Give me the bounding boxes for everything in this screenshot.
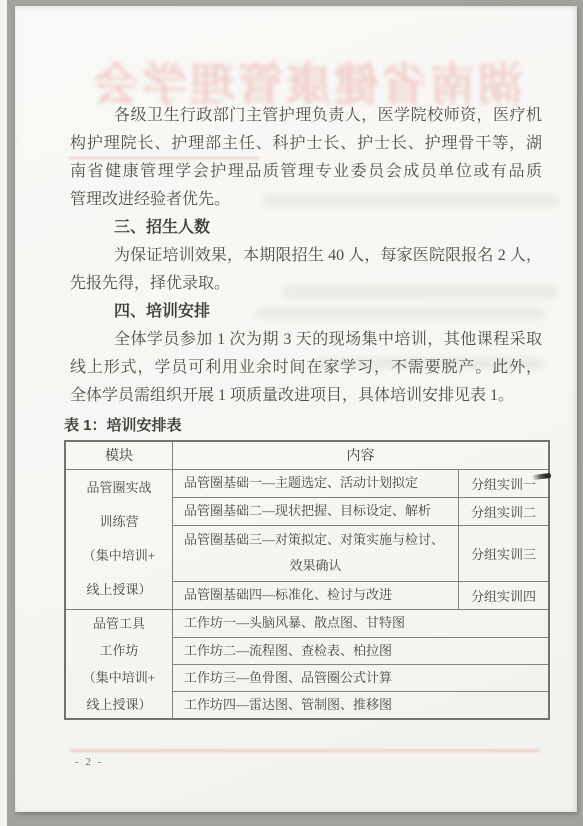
scan-edge-strip: [0, 0, 7, 826]
section-4-line: 线上形式，学员可利用业余时间在家学习，不需要脱产。此外，: [64, 354, 550, 382]
content-text: 品管圈基础四—标准化、检讨与改进: [173, 582, 458, 608]
section-3-line: 为保证培训效果，本期限招生 40 人，每家医院限报名 2 人，: [64, 242, 550, 270]
content-text: 品管圈基础一—主题选定、活动计划拟定: [173, 470, 458, 496]
section-3-paragraph: 为保证培训效果，本期限招生 40 人，每家医院限报名 2 人， 先报先得，择优录…: [64, 242, 550, 298]
content-text: 工作坊四—雷达图、管制图、推移图: [173, 692, 548, 718]
content-text: 工作坊一—头脑风暴、散点图、甘特图: [173, 610, 548, 636]
module-name-line: （集中培训+: [66, 539, 172, 573]
content-text: 效果确认: [173, 553, 458, 579]
table-header-module: 模块: [65, 441, 172, 469]
section-4-paragraph: 全体学员参加 1 次为期 3 天的现场集中培训，其他课程采取 线上形式，学员可利…: [64, 326, 550, 410]
content-cell: 工作坊一—头脑风暴、散点图、甘特图: [172, 609, 549, 637]
section-3-line: 先报先得，择优录取。: [64, 270, 550, 298]
training-schedule-table: 模块 内容 品管圈实战 训练营 （集中培训+ 线上授课） 品管圈基础一—主题选定…: [64, 440, 550, 720]
intro-line: 各级卫生行政部门主管护理负责人，医学院校师资，医疗机: [64, 102, 550, 130]
intro-line: 南省健康管理学会护理品质管理专业委员会成员单位或有品质: [64, 158, 550, 186]
intro-line: 管理改进经验者优先。: [64, 186, 550, 214]
section-4-line: 全体学员参加 1 次为期 3 天的现场集中培训，其他课程采取: [64, 326, 550, 354]
practice-cell: 分组实训三: [459, 525, 549, 581]
table-caption: 表 1：培训安排表: [64, 412, 550, 438]
scanner-background: 湖南省健康管理学会 各级卫生行政部门主管护理负责人，医学院校师资，医疗机 构护理…: [0, 0, 583, 826]
module-name-line: （集中培训+: [66, 664, 172, 691]
content-cell: 工作坊三—鱼骨图、品管圈公式计算: [172, 664, 549, 691]
module-cell-qcc-camp: 品管圈实战 训练营 （集中培训+ 线上授课）: [65, 469, 172, 609]
module-name-line: 训练营: [66, 505, 172, 539]
bleed-through-line: [70, 749, 540, 752]
table-row: 品管圈实战 训练营 （集中培训+ 线上授课） 品管圈基础一—主题选定、活动计划拟…: [65, 469, 549, 497]
document-page: 湖南省健康管理学会 各级卫生行政部门主管护理负责人，医学院校师资，医疗机 构护理…: [15, 6, 577, 812]
practice-cell: 分组实训二: [459, 497, 549, 525]
section-4-heading: 四、培训安排: [64, 298, 550, 326]
content-text: 工作坊二—流程图、查检表、柏拉图: [173, 638, 548, 664]
content-cell: 品管圈基础四—标准化、检讨与改进: [172, 581, 458, 609]
table-row: 品管工具 工作坊 （集中培训+ 线上授课） 工作坊一—头脑风暴、散点图、甘特图: [65, 609, 549, 637]
module-cell-tools-workshop: 品管工具 工作坊 （集中培训+ 线上授课）: [65, 609, 172, 719]
practice-cell: 分组实训一: [459, 469, 549, 497]
module-name-line: 品管圈实战: [66, 471, 172, 505]
content-cell: 工作坊四—雷达图、管制图、推移图: [172, 691, 549, 719]
section-4-line: 全体学员需组织开展 1 项质量改进项目，具体培训安排见表 1。: [64, 382, 550, 410]
page-number: - 2 -: [75, 756, 103, 768]
content-cell: 品管圈基础三—对策拟定、对策实施与检讨、 效果确认: [172, 525, 458, 581]
content-cell: 品管圈基础一—主题选定、活动计划拟定: [172, 469, 458, 497]
module-name-line: 线上授课）: [66, 691, 172, 718]
module-name-line: 工作坊: [66, 637, 172, 664]
content-cell: 品管圈基础二—现状把握、目标设定、解析: [172, 497, 458, 525]
practice-cell: 分组实训四: [459, 581, 549, 609]
section-3-heading: 三、招生人数: [64, 214, 550, 242]
table-header-content: 内容: [172, 441, 549, 469]
content-text: 工作坊三—鱼骨图、品管圈公式计算: [173, 665, 548, 691]
document-content: 各级卫生行政部门主管护理负责人，医学院校师资，医疗机 构护理院长、护理部主任、科…: [64, 102, 550, 720]
content-text: 品管圈基础三—对策拟定、对策实施与检讨、: [173, 527, 458, 553]
intro-paragraph: 各级卫生行政部门主管护理负责人，医学院校师资，医疗机 构护理院长、护理部主任、科…: [64, 102, 550, 214]
content-cell: 工作坊二—流程图、查检表、柏拉图: [172, 637, 549, 664]
intro-line: 构护理院长、护理部主任、科护士长、护士长、护理骨干等，湖: [64, 130, 550, 158]
module-name-line: 品管工具: [66, 610, 172, 637]
table-header-row: 模块 内容: [65, 441, 549, 469]
content-text: 品管圈基础二—现状把握、目标设定、解析: [173, 498, 458, 524]
module-name-line: 线上授课）: [66, 573, 172, 607]
